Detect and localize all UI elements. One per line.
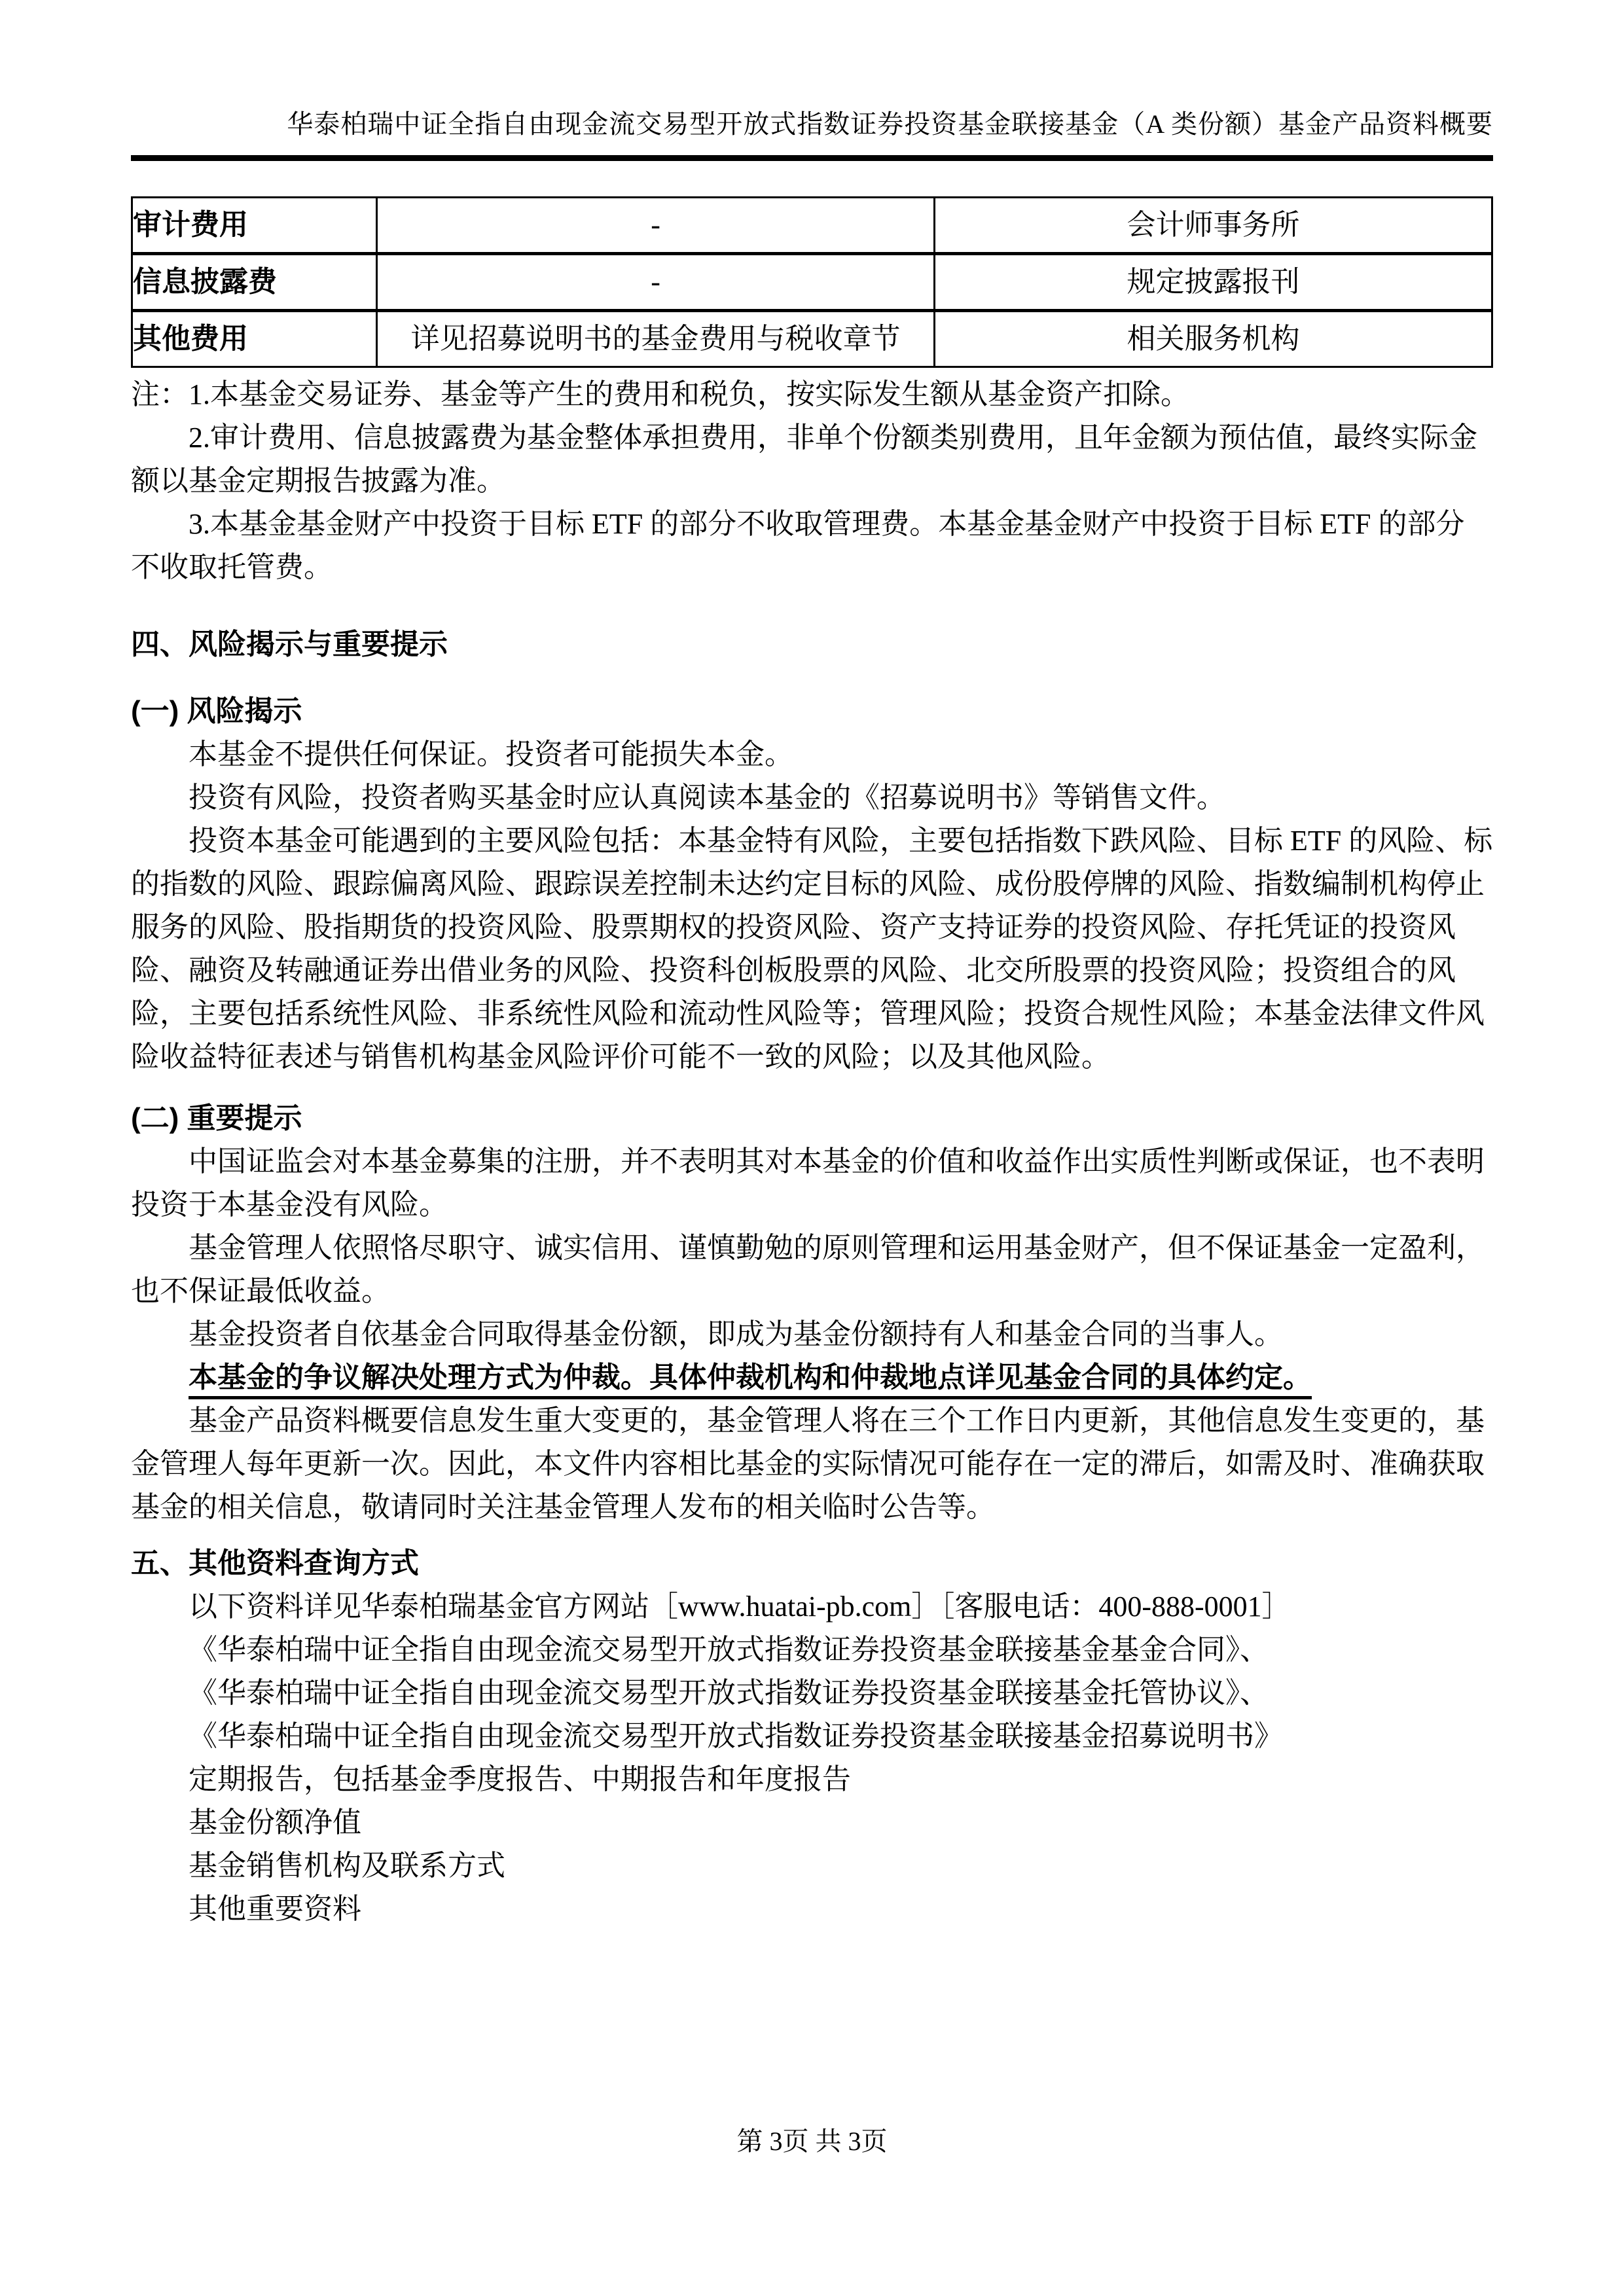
section5-heading: 五、其他资料查询方式 (131, 1542, 1493, 1585)
risk-paragraph: 投资有风险，投资者购买基金时应认真阅读本基金的《招募说明书》等销售文件。 (131, 776, 1493, 819)
query-item: 基金份额净值 (131, 1801, 1493, 1844)
fee-value-cell: - (377, 198, 935, 254)
query-item: 基金销售机构及联系方式 (131, 1844, 1493, 1888)
query-item: 《华泰柏瑞中证全指自由现金流交易型开放式指数证券投资基金联接基金托管协议》、 (131, 1672, 1493, 1715)
document-header-title: 华泰柏瑞中证全指自由现金流交易型开放式指数证券投资基金联接基金（A 类份额）基金… (131, 108, 1493, 141)
fee-table-row: 信息披露费 - 规定披露报刊 (132, 254, 1492, 311)
query-item: 《华泰柏瑞中证全指自由现金流交易型开放式指数证券投资基金联接基金招募说明书》 (131, 1715, 1493, 1758)
notice-paragraph: 基金管理人依照恪尽职守、诚实信用、谨慎勤勉的原则管理和运用基金财产，但不保证基金… (131, 1227, 1493, 1313)
table-notes: 注：1.本基金交易证券、基金等产生的费用和税负，按实际发生额从基金资产扣除。 2… (131, 373, 1493, 589)
fee-name-cell: 审计费用 (132, 198, 377, 254)
note-paragraph: 注：1.本基金交易证券、基金等产生的费用和税负，按实际发生额从基金资产扣除。 (131, 373, 1493, 416)
query-item: 以下资料详见华泰柏瑞基金官方网站［www.huatai-pb.com］［客服电话… (131, 1585, 1493, 1628)
fee-name-cell: 信息披露费 (132, 254, 377, 311)
query-item: 其他重要资料 (131, 1888, 1493, 1931)
fee-payee-cell: 规定披露报刊 (935, 254, 1492, 311)
query-item: 《华泰柏瑞中证全指自由现金流交易型开放式指数证券投资基金联接基金基金合同》、 (131, 1628, 1493, 1672)
section4-sub1-heading: (一) 风险揭示 (131, 690, 1493, 733)
fee-value-cell: - (377, 254, 935, 311)
section4-sub2-heading: (二) 重要提示 (131, 1097, 1493, 1140)
document-page: { "header": { "title": "华泰柏瑞中证全指自由现金流交易型… (0, 0, 1624, 2296)
header-rule (131, 155, 1493, 161)
risk-paragraph: 投资本基金可能遇到的主要风险包括：本基金特有风险，主要包括指数下跌风险、目标 E… (131, 819, 1493, 1079)
fee-table-row: 审计费用 - 会计师事务所 (132, 198, 1492, 254)
note-paragraph: 2.审计费用、信息披露费为基金整体承担费用，非单个份额类别费用，且年金额为预估值… (131, 416, 1493, 503)
fee-name-cell: 其他费用 (132, 311, 377, 367)
notice-paragraph: 基金产品资料概要信息发生重大变更的，基金管理人将在三个工作日内更新，其他信息发生… (131, 1399, 1493, 1529)
arbitration-paragraph: 本基金的争议解决处理方式为仲裁。具体仲裁机构和仲裁地点详见基金合同的具体约定。 (131, 1356, 1493, 1399)
note-paragraph: 3.本基金基金财产中投资于目标 ETF 的部分不收取管理费。本基金基金财产中投资… (131, 503, 1493, 589)
fee-table: 审计费用 - 会计师事务所 信息披露费 - 规定披露报刊 其他费用 详见招募说明… (131, 196, 1493, 368)
notice-paragraph: 中国证监会对本基金募集的注册，并不表明其对本基金的价值和收益作出实质性判断或保证… (131, 1140, 1493, 1227)
fee-value-cell: 详见招募说明书的基金费用与税收章节 (377, 311, 935, 367)
fee-payee-cell: 相关服务机构 (935, 311, 1492, 367)
arbitration-underlined-text: 本基金的争议解决处理方式为仲裁。具体仲裁机构和仲裁地点详见基金合同的具体约定。 (189, 1361, 1312, 1399)
query-item: 定期报告，包括基金季度报告、中期报告和年度报告 (131, 1758, 1493, 1801)
page-number: 第 3页 共 3页 (0, 2126, 1624, 2157)
risk-paragraph: 本基金不提供任何保证。投资者可能损失本金。 (131, 733, 1493, 776)
fee-payee-cell: 会计师事务所 (935, 198, 1492, 254)
fee-table-row: 其他费用 详见招募说明书的基金费用与税收章节 相关服务机构 (132, 311, 1492, 367)
section4-heading: 四、风险揭示与重要提示 (131, 623, 1493, 666)
notice-paragraph: 基金投资者自依基金合同取得基金份额，即成为基金份额持有人和基金合同的当事人。 (131, 1313, 1493, 1356)
page-content: 华泰柏瑞中证全指自由现金流交易型开放式指数证券投资基金联接基金（A 类份额）基金… (0, 0, 1624, 1931)
